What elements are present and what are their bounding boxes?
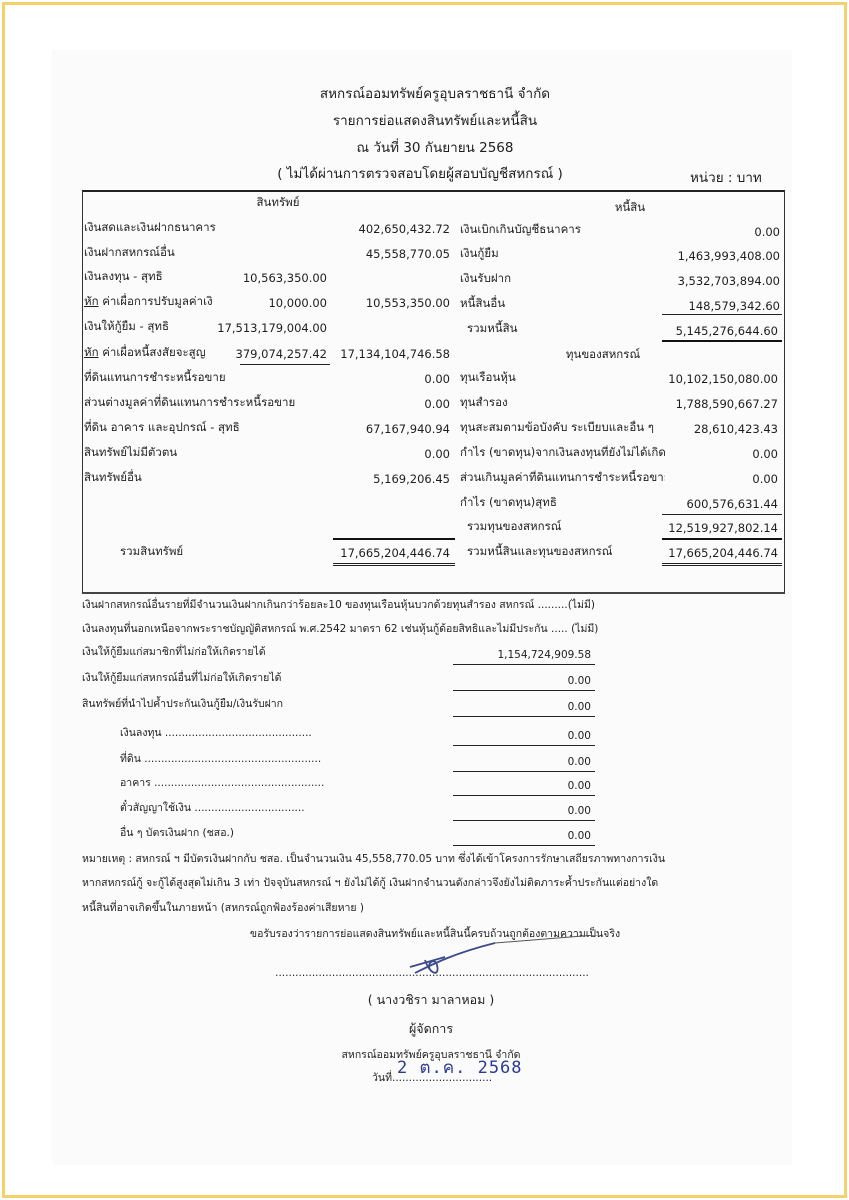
asset-amount: 0.00 (424, 447, 450, 461)
total-rule-double (333, 563, 455, 566)
asset-row-label: เงินสดและเงินฝากธนาคาร (84, 220, 216, 234)
asset-sub-amount: 10,563,350.00 (243, 271, 327, 285)
asset-row-label: สินทรัพย์อื่น (84, 470, 142, 484)
asset-amount: 402,650,432.72 (359, 222, 450, 236)
asset-row-label: เงินฝากสหกรณ์อื่น (84, 245, 175, 259)
disclosure-underline (453, 795, 595, 796)
liability-amount: 148,579,342.60 (689, 299, 780, 313)
equity-amount: 28,610,423.43 (694, 422, 778, 436)
equity-heading: ทุนของสหกรณ์ (566, 347, 640, 361)
equity-amount: 1,788,590,667.27 (676, 397, 778, 411)
liability-row-label: หนี้สินอื่น (460, 296, 505, 310)
liability-amount: 0.00 (754, 225, 780, 239)
disclosure-item-label: เงินให้กู้ยืมแก่สหกรณ์อื่นที่ไม่ก่อให้เก… (82, 671, 281, 685)
equity-amount: 10,102,150,080.00 (668, 372, 778, 386)
asset-row-label: หัก ค่าเผื่อหนี้สงสัยจะสูญ (84, 345, 206, 359)
asset-sub-amount: 10,000.00 (268, 296, 327, 310)
equity-row-label: ทุนเรือนหุ้น (460, 370, 516, 384)
equity-total-rule (662, 538, 782, 540)
disclosure-underline (453, 664, 595, 665)
equity-amount: 0.00 (752, 447, 778, 461)
equity-row-label: ทุนสะสมตามข้อบังคับ ระเบียบและอื่น ๆ (460, 420, 654, 434)
org-name: สหกรณ์ออมทรัพย์ครูอุบลราชธานี จำกัด (320, 87, 550, 101)
signer-title: ผู้จัดการ (409, 1022, 453, 1036)
liability-row-label: เงินกู้ยืม (460, 246, 499, 260)
asset-amount: 10,553,350.00 (366, 296, 450, 310)
liab-subtotal-rule (662, 314, 782, 315)
remark-line-1: หมายเหตุ : สหกรณ์ ฯ มีบัตรเงินฝากกับ ชสอ… (82, 852, 665, 866)
total-assets-value: 17,665,204,446.74 (340, 546, 450, 560)
equity-subtotal-rule (662, 514, 782, 515)
disclosure-line-2: เงินลงทุนที่นอกเหนือจากพระราชบัญญัติสหกร… (82, 622, 598, 636)
asset-label-text: ค่าเผื่อการปรับมูลค่าเงิ (99, 294, 213, 308)
remark-line-2: หากสหกรณ์กู้ จะกู้ได้สูงสุดไม่เกิน 3 เท่… (82, 876, 658, 890)
disclosure-item-label: เงินให้กู้ยืมแก่สมาชิกที่ไม่ก่อให้เกิดรา… (82, 645, 266, 659)
disclosure-underline (453, 820, 595, 821)
asset-row-label: เงินให้กู้ยืม - สุทธิ (84, 319, 169, 333)
asset-amount: 45,558,770.05 (366, 247, 450, 261)
asset-label-text: ค่าเผื่อหนี้สงสัยจะสูญ (99, 345, 206, 359)
disclosure-item-amount: 0.00 (568, 779, 591, 793)
unit-label: หน่วย : บาท (690, 171, 762, 185)
asset-amount: 17,134,104,746.58 (340, 347, 450, 361)
audit-note: ( ไม่ได้ผ่านการตรวจสอบโดยผู้สอบบัญชีสหกร… (277, 167, 563, 181)
asset-sub-amount: 379,074,257.42 (236, 347, 327, 361)
disclosure-item-amount: 0.00 (568, 729, 591, 743)
disclosure-item-amount: 0.00 (568, 674, 591, 688)
equity-row-label: ส่วนเกินมูลค่าที่ดินแทนการชำระหนี้รอขาย (460, 470, 665, 484)
asset-row-label: สินทรัพย์ไม่มีตัวตน (84, 445, 177, 459)
total-assets-label: รวมสินทรัพย์ (120, 544, 183, 558)
signer-name: ( นางวชิรา มาลาหอม ) (368, 993, 495, 1007)
disclosure-underline (453, 745, 595, 746)
disclosure-item-label: อื่น ๆ บัตรเงินฝาก (ชสอ.) (120, 826, 234, 840)
report-title: รายการย่อแสดงสินทรัพย์และหนี้สิน (333, 114, 537, 128)
disclosure-item-label: สินทรัพย์ที่นำไปค้ำประกันเงินกู้ยืม/เงิน… (82, 697, 283, 711)
disclosure-item-label: ที่ดิน .................................… (120, 752, 321, 766)
liability-row-label: เงินรับฝาก (460, 271, 511, 285)
disclosure-underline (453, 771, 595, 772)
equity-row-label: กำไร (ขาดทุน)สุทธิ (460, 495, 557, 509)
assets-heading: สินทรัพย์ (257, 195, 300, 209)
disclosure-item-amount: 1,154,724,909.58 (497, 648, 591, 662)
remark-line-3: หนี้สินที่อาจเกิดขึ้นในภายหน้า (สหกรณ์ถู… (82, 901, 364, 915)
asset-row-label: ที่ดินแทนการชำระหนี้รอขาย (84, 370, 226, 384)
equity-row-label: กำไร (ขาดทุน)จากเงินลงทุนที่ยังไม่ได้เกิ… (460, 445, 665, 459)
asset-amount: 0.00 (424, 372, 450, 386)
disclosure-item-amount: 0.00 (568, 700, 591, 714)
total-liabilities-value: 5,145,276,644.60 (676, 324, 778, 338)
asset-amount: 0.00 (424, 397, 450, 411)
disclosure-underline (453, 690, 595, 691)
liability-row-label: เงินเบิกเกินบัญชีธนาคาร (460, 222, 581, 236)
disclosure-item-label: ตั๋วสัญญาใช้เงิน .......................… (120, 801, 305, 815)
asset-row-label: หัก ค่าเผื่อการปรับมูลค่าเงิ (84, 294, 213, 308)
disclosure-item-amount: 0.00 (568, 829, 591, 843)
liability-amount: 3,532,703,894.00 (678, 274, 780, 288)
asset-row-label: เงินลงทุน - สุทธิ (84, 269, 163, 283)
total-equity-label: รวมทุนของสหกรณ์ (467, 519, 561, 533)
asset-row-label: ส่วนต่างมูลค่าที่ดินแทนการชำระหนี้รอขาย (84, 395, 295, 409)
disclosure-item-label: เงินลงทุน ..............................… (120, 726, 312, 740)
liabilities-heading: หนี้สิน (615, 200, 645, 214)
disclosure-item-amount: 0.00 (568, 755, 591, 769)
liab-total-rule (662, 340, 782, 342)
total-rule-top (333, 538, 455, 540)
subtotal-rule (240, 364, 330, 365)
liability-amount: 1,463,993,408.00 (678, 249, 780, 263)
total-equity-value: 12,519,927,802.14 (668, 521, 778, 535)
total-liabilities-label: รวมหนี้สิน (467, 321, 518, 335)
grand-total-value: 17,665,204,446.74 (668, 546, 778, 560)
grand-total-double-rule (662, 563, 782, 566)
asset-row-label: ที่ดิน อาคาร และอุปกรณ์ - สุทธิ (84, 420, 240, 434)
grand-total-label: รวมหนี้สินและทุนของสหกรณ์ (467, 544, 612, 558)
disclosure-underline (453, 845, 595, 846)
disclosure-line-1: เงินฝากสหกรณ์อื่นรายที่มีจำนวนเงินฝากเกิ… (82, 598, 595, 612)
asset-amount: 5,169,206.45 (373, 472, 450, 486)
asset-sub-amount: 17,513,179,004.00 (217, 321, 327, 335)
disclosure-item-label: อาคาร ..................................… (120, 776, 324, 790)
as-of-date: ณ วันที่ 30 กันยายน 2568 (357, 141, 514, 155)
equity-amount: 600,576,631.44 (687, 497, 778, 511)
date-stamp: 2 ต.ค. 2568 (397, 1061, 523, 1075)
signature-icon (395, 935, 625, 985)
less-prefix: หัก (84, 294, 99, 308)
asset-amount: 67,167,940.94 (366, 422, 450, 436)
equity-row-label: ทุนสำรอง (460, 395, 508, 409)
equity-amount: 0.00 (752, 472, 778, 486)
disclosure-underline (453, 716, 595, 717)
less-prefix: หัก (84, 345, 99, 359)
disclosure-item-amount: 0.00 (568, 804, 591, 818)
